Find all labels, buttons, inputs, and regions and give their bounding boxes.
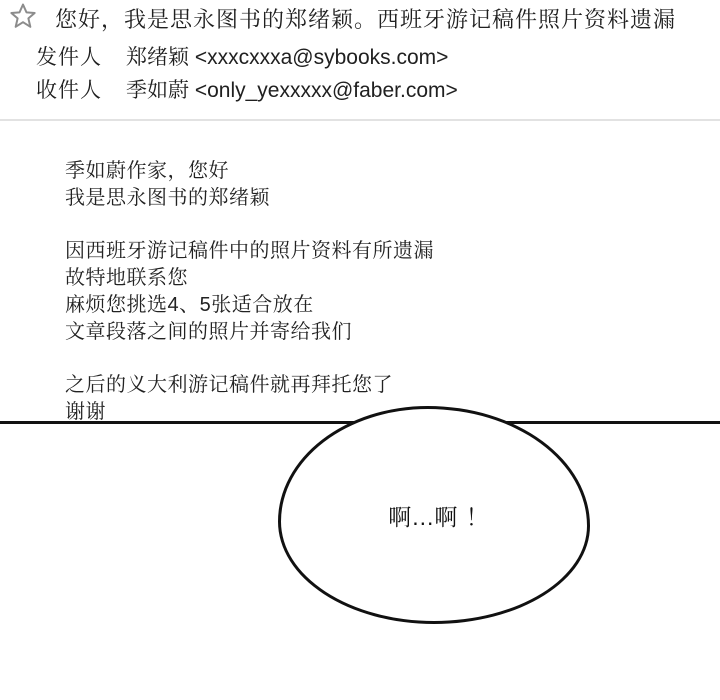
email-body-line: 因西班牙游记稿件中的照片资料有所遗漏 <box>65 238 434 265</box>
email-body-line: 文章段落之间的照片并寄给我们 <box>65 319 434 346</box>
from-label: 发件人 <box>36 41 102 71</box>
email-body-line: 故特地联系您 <box>65 265 434 292</box>
to-row: 收件人 季如蔚 <only_yexxxxx@faber.com> <box>0 74 720 102</box>
email-subject: 您好，我是思永图书的郑绪颖。西班牙游记稿件照片资料遗漏 <box>55 3 676 34</box>
speech-bubble: 啊...啊 ！ <box>278 406 590 624</box>
header-divider <box>0 119 720 121</box>
email-body-line: 麻烦您挑选4、5张适合放在 <box>65 292 434 319</box>
email-body-line: 季如蔚作家，您好 <box>65 158 434 185</box>
email-paragraph: 季如蔚作家，您好我是思永图书的郑绪颖 <box>65 158 434 212</box>
email-body: 季如蔚作家，您好我是思永图书的郑绪颖因西班牙游记稿件中的照片资料有所遗漏故特地联… <box>65 158 434 426</box>
favorite-star-icon[interactable] <box>9 2 37 30</box>
from-address: 郑绪颖 <xxxcxxxa@sybooks.com> <box>126 41 448 71</box>
speech-bubble-text: 啊...啊 ！ <box>388 499 490 532</box>
email-body-line: 我是思永图书的郑绪颖 <box>65 185 434 212</box>
to-label: 收件人 <box>36 74 102 104</box>
to-address: 季如蔚 <only_yexxxxx@faber.com> <box>126 74 458 104</box>
email-body-line: 之后的义大利游记稿件就再拜托您了 <box>65 372 434 399</box>
from-row: 发件人 郑绪颖 <xxxcxxxa@sybooks.com> <box>0 41 720 69</box>
email-paragraph: 因西班牙游记稿件中的照片资料有所遗漏故特地联系您麻烦您挑选4、5张适合放在文章段… <box>65 238 434 346</box>
